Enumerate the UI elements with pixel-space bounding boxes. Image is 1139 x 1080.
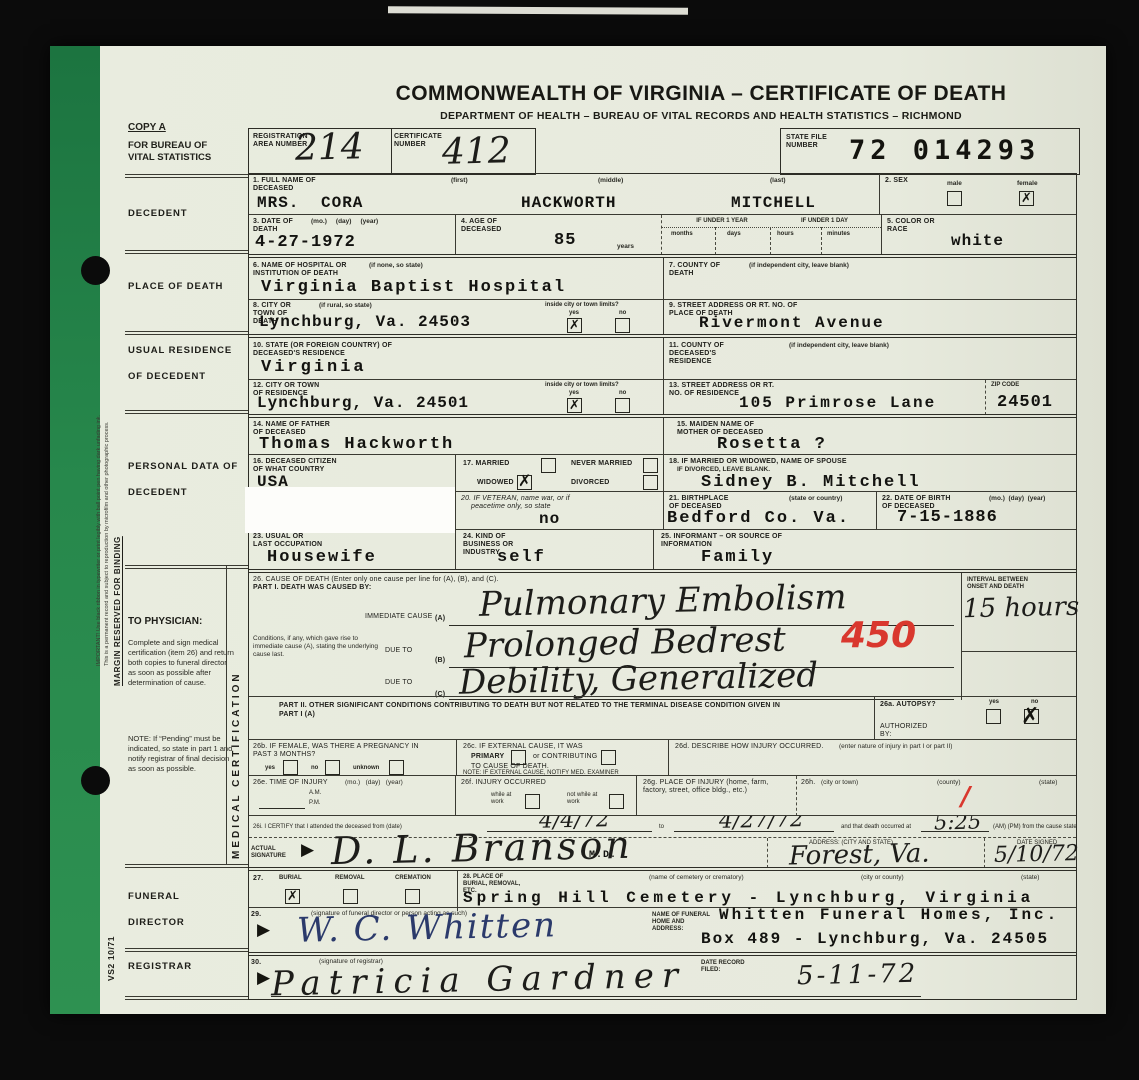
sidebar-to-physician-body: Complete and sign medical certification … [128,638,236,688]
sidebar-separator [125,174,248,178]
sidebar-separator [125,864,248,868]
divider [661,227,881,228]
female-checkbox-mark: ✗ [1020,192,1033,204]
date-filed-value: 5-11-72 [797,959,919,992]
limits-no-label: no [619,390,626,397]
certificate-number-value: 412 [442,130,512,172]
divider [663,258,664,303]
form-code: VS2 10/71 [106,906,116,981]
dob-sublabels: (mo.) (day) (year) [989,495,1045,502]
city-county-hint: (city or county) [861,874,904,881]
limits-yes-checkbox: ✗ [567,318,582,333]
divider [457,871,458,911]
middle-sublabel: (middle) [598,177,623,184]
divider [663,338,664,383]
physician-signature: D. L. Branson [331,823,634,873]
certificate-form: 1. FULL NAME OF DECEASED (first) (middle… [248,173,1077,1000]
state-hint: (state) [1021,874,1039,881]
married-label: 17. MARRIED [463,460,510,468]
signature-arrow-icon: ▶ [257,968,270,988]
row-funeral-director: 29. ▶ (signature of funeral director or … [249,907,1076,953]
funeral-home-name: Whitten Funeral Homes, Inc. [719,906,1059,924]
female-label: female [1017,180,1038,187]
dob-value: 7-15-1886 [897,508,998,527]
state-file-number-label: STATE FILE NUMBER [786,134,836,150]
divider [668,740,669,776]
due-to-b-label: DUE TO [385,647,412,655]
divider [653,530,654,570]
pregnancy-no-label: no [311,765,318,772]
certify-time-value: 5:25 [934,815,982,834]
row-pregnancy-external: 26b. IF FEMALE, WAS THERE A PREGNANCY IN… [249,739,1076,776]
age-value: 85 [554,231,576,250]
divider [455,530,456,570]
divider [770,227,771,255]
certificate-title: COMMONWEALTH OF VIRGINIA – CERTIFICATE O… [350,82,1052,106]
birthplace-hint: (state or country) [789,495,842,502]
row-registrar: 30. ▶ (signature of registrar) Patricia … [249,952,1076,1001]
divider [456,740,457,776]
full-name-label: 1. FULL NAME OF DECEASED [253,177,323,193]
row-hospital: 6. NAME OF HOSPITAL OR INSTITUTION OF DE… [249,254,1076,303]
divider [874,697,875,740]
county-residence-hint: (if independent city, leave blank) [789,342,889,349]
date-signed-value: 5/10/72 [994,841,1079,868]
certify-to-date: 4/27/72 [719,815,804,834]
certify-and-label: and that death occurred at [841,824,911,831]
father-value: Thomas Hackworth [259,435,454,454]
row-date-of-death: 3. DATE OF DEATH (mo.) (day) (year) 4-27… [249,214,1076,255]
date-of-death-value: 4-27-1972 [255,233,356,252]
red-slash-mark: ∕ [961,782,971,812]
funeral-home-address: Box 489 - Lynchburg, Va. 24505 [701,930,1049,948]
last-name-value: MITCHELL [731,194,816,212]
due-to-c-label: DUE TO [385,679,412,687]
primary-label: PRIMARY [471,753,504,761]
sidebar-place-of-death: PLACE OF DEATH [128,274,228,300]
divider [663,455,664,492]
part2-label: PART II. OTHER SIGNIFICANT CONDITIONS CO… [279,701,799,719]
state-residence-label: 10. STATE (OR FOREIGN COUNTRY) OF DECEAS… [253,342,403,358]
sidebar-separator [125,250,248,254]
signature-arrow-icon: ▶ [257,920,270,940]
removal-label: REMOVAL [335,875,365,882]
spouse-label2: IF DIVORCED, LEAVE BLANK. [677,466,770,473]
divider [821,227,822,255]
row-state-residence: 10. STATE (OR FOREIGN COUNTRY) OF DECEAS… [249,334,1076,383]
binding-strip [50,46,100,1014]
medical-certification-label: MEDICAL CERTIFICATION [231,571,242,859]
city-of-death-hint: (if rural, so state) [319,302,372,309]
county-of-death-hint: (if independent city, leave blank) [749,262,849,269]
limits-no-label: no [619,310,626,317]
first-sublabel: (first) [451,177,468,184]
informant-value: Family [701,548,774,567]
zip-value: 24501 [997,393,1053,412]
age-unit-label: years [617,243,634,250]
divorced-checkbox [643,475,658,490]
scanned-death-certificate: IMPORTANT! Use black ribbon in typewrite… [0,0,1139,1080]
hospital-label: 6. NAME OF HOSPITAL OR INSTITUTION OF DE… [253,262,363,278]
date-of-death-sublabels: (mo.) (day) (year) [311,218,378,225]
authorized-by-label: AUTHORIZED BY: [880,723,940,739]
while-at-work-checkbox [525,794,540,809]
medical-certification-strip: MEDICAL CERTIFICATION [226,565,249,864]
hospital-value: Virginia Baptist Hospital [261,278,566,297]
spouse-label: 18. IF MARRIED OR WIDOWED, NAME OF SPOUS… [669,458,889,466]
time-of-injury-label: 26e. TIME OF INJURY [253,779,328,787]
row-city-residence: 12. CITY OR TOWN OF RESIDENCE Lynchburg,… [249,379,1076,415]
physician-md-suffix: M.D. [589,850,617,861]
age-label: 4. AGE OF DECEASED [461,218,516,234]
row-parents: 14. NAME OF FATHER OF DECEASED Thomas Ha… [249,414,1076,458]
place-of-burial-value: Spring Hill Cemetery - Lynchburg, Virgin… [463,889,1034,907]
row-city-of-death: 8. CITY OR TOWN OF DEATH (if rural, so s… [249,299,1076,335]
county-residence-label: 11. COUNTY OF DECEASED'S RESIDENCE [669,342,759,366]
limits-yes-label: yes [569,390,579,397]
copy-label: COPY A [128,122,166,133]
veteran-label: 20. IF VETERAN, name war, or if [461,495,621,503]
punch-hole-bottom [81,766,110,795]
divider [455,215,456,255]
spouse-value: Sidney B. Mitchell [701,473,921,492]
divider [455,492,456,530]
limits-yes-mark: ✗ [568,319,581,331]
registration-area-value: 214 [295,126,365,168]
sidebar-usual-residence: USUAL RESIDENCE OF DECEDENT [128,338,240,390]
under-1-day-label: IF UNDER 1 DAY [777,218,872,225]
divider [879,174,880,214]
divider [663,418,664,458]
certificate-number-box: CERTIFICATE NUMBER 412 [390,128,536,175]
widowed-label: WIDOWED [477,479,514,487]
informant-label: 25. INFORMANT – OR SOURCE OF INFORMATION [661,533,821,549]
part2-other-conditions: PART II. OTHER SIGNIFICANT CONDITIONS CO… [249,696,1076,740]
burial-checkbox: ✗ [285,889,300,904]
row-birth: 20. IF VETERAN, name war, or if peacetim… [249,491,1076,530]
male-checkbox [947,191,962,206]
never-married-label: NEVER MARRIED [571,460,632,468]
time-of-injury-sublabels: (mo.) (day) (year) [345,779,403,786]
place-of-injury-label: 26g. PLACE OF INJURY (home, farm, factor… [643,779,783,795]
veteran-value: no [539,510,560,528]
signature-arrow-icon: ▶ [301,840,314,860]
actual-signature-label: ACTUAL SIGNATURE [251,846,291,860]
pregnancy-no-checkbox [325,760,340,775]
hospital-hint: (if none, so state) [369,262,423,269]
how-injury-hint: (enter nature of injury in part I or par… [839,743,952,750]
female-checkbox: ✗ [1019,191,1034,206]
divider [715,227,716,255]
cremation-checkbox [405,889,420,904]
limits-no-checkbox [615,398,630,413]
male-label: male [947,180,962,187]
while-at-work-label: while at work [491,792,521,806]
not-while-at-work-label: not while at work [567,792,603,806]
part1-label: PART I. DEATH WAS CAUSED BY: [253,584,371,592]
divider [961,651,1076,652]
divider [663,492,664,530]
limits-yes-mark: ✗ [568,399,581,411]
divider [984,838,985,868]
copy-for-label: FOR BUREAU OF VITAL STATISTICS [128,140,233,164]
occupation-value: Housewife [267,548,377,567]
sex-label: 2. SEX [885,177,908,185]
pregnancy-unknown-checkbox [389,760,404,775]
days-label: days [727,231,741,238]
last-sublabel: (last) [770,177,786,184]
interval-value: 15 hours [963,592,1080,624]
contributing-label: or CONTRIBUTING [533,753,597,761]
sidebar-funeral-director: FUNERAL DIRECTOR [128,884,228,936]
margin-important-note-line1: IMPORTANT! Use black ribbon in typewrite… [96,246,103,666]
sidebar-decedent: DECEDENT [128,201,187,227]
registrar-signature-stroke [271,996,921,997]
state-file-number-value: 72 014293 [849,135,1040,166]
pm-label: P.M. [309,800,321,807]
certificate-paper: IMPORTANT! Use black ribbon in typewrite… [50,46,1106,1014]
registrar-signature: Patricia Gardner [271,956,687,1005]
sidebar-registrar: REGISTRAR [128,954,192,980]
hours-label: hours [777,231,794,238]
registration-area-box: REGISTRATION AREA NUMBER 214 [248,128,392,175]
never-married-checkbox [643,458,658,473]
sidebar-note: NOTE: If “Pending” must be indicated, so… [128,734,236,774]
conditions-note: Conditions, if any, which gave rise to i… [253,635,381,659]
widowed-checkbox: ✗ [517,475,532,490]
contributing-checkbox [601,750,616,765]
date-of-death-label: 3. DATE OF DEATH [253,218,308,234]
autopsy-yes-label: yes [989,699,999,706]
injury-county-hint: (county) [937,779,960,786]
funeral-director-number: 29. [251,911,261,919]
autopsy-label: 26a. AUTOPSY? [880,701,936,709]
divider [636,776,637,816]
color-or-race-value: white [951,232,1004,250]
street-of-death-value: Rivermont Avenue [699,314,885,332]
widowed-mark: ✗ [518,476,531,487]
state-residence-value: Virginia [261,358,367,377]
birthplace-value: Bedford Co. Va. [667,509,850,528]
injury-occurred-label: 26f. INJURY OCCURRED [461,779,546,787]
pregnancy-yes-label: yes [265,765,275,772]
not-while-at-work-checkbox [609,794,624,809]
business-value: self [497,548,546,567]
cemetery-hint: (name of cemetery or crematory) [649,874,744,881]
pregnancy-unknown-label: unknown [353,765,379,772]
divider [767,838,768,868]
sidebar-to-physician-title: TO PHYSICIAN: [128,616,240,627]
state-file-number-box: STATE FILE NUMBER 72 014293 [780,128,1080,175]
divider [881,215,882,255]
redaction-whiteout [245,487,455,533]
scan-edge-sliver [388,6,688,15]
line-a-label: (A) [435,615,445,623]
am-label: A.M. [309,790,321,797]
months-label: months [671,231,693,238]
registrar-number: 30. [251,959,261,967]
first-name-value: CORA [321,194,363,212]
row-physician-signature: ACTUAL SIGNATURE ▶ D. L. Branson M.D. AD… [249,837,1076,868]
occupation-label: 23. USUAL OR LAST OCCUPATION [253,533,323,549]
burial-label: BURIAL [279,875,302,882]
row-burial: 27. BURIAL ✗ REMOVAL CREMATION 28. PLACE… [249,867,1076,911]
divider [661,215,662,255]
divider [455,455,456,492]
limits-yes-checkbox: ✗ [567,398,582,413]
limits-yes-label: yes [569,310,579,317]
time-line [259,808,305,809]
certificate-subtitle: DEPARTMENT OF HEALTH – BUREAU OF VITAL R… [350,110,1052,122]
date-filed-label: DATE RECORD FILED: [701,960,761,974]
sidebar-separator [125,996,248,1000]
certify-to-word: to [659,824,664,831]
cremation-label: CREMATION [395,875,431,882]
divider [876,492,877,530]
divider [663,380,664,415]
limits-no-checkbox [615,318,630,333]
name-title-value: MRS. [257,194,299,212]
row-injury-details: 26e. TIME OF INJURY (mo.) (day) (year) A… [249,775,1076,816]
county-of-death-label: 7. COUNTY OF DEATH [669,262,729,278]
how-injury-label: 26d. DESCRIBE HOW INJURY OCCURRED. [675,743,824,751]
divider [796,776,797,816]
interval-label: INTERVAL BETWEEN ONSET AND DEATH [967,577,1047,591]
injury-state-hint: (state) [1039,779,1057,786]
autopsy-no-mark: ✗ [1021,710,1038,721]
removal-checkbox [343,889,358,904]
divorced-label: DIVORCED [571,479,610,487]
divider [455,776,456,816]
burial-mark: ✗ [286,890,299,902]
external-cause-label: 26c. IF EXTERNAL CAUSE, IT WAS [463,743,623,751]
middle-name-value: HACKWORTH [521,194,616,212]
under-1-year-label: IF UNDER 1 YEAR [677,218,767,225]
red-code-stamp: 450 [841,615,916,656]
certify-tail-label: (AM) (PM) from the cause stated abov [993,824,1076,831]
row-occupation: 23. USUAL OR LAST OCCUPATION Housewife 2… [249,529,1076,570]
city-of-death-value: Lynchburg, Va. 24503 [259,313,471,331]
sidebar-separator [125,948,248,952]
divider [663,300,664,335]
line-b-label: (B) [435,657,445,665]
margin-important-note-line2: This is a permanent record and subject t… [104,246,111,666]
injury-city-hint: (city or town) [821,779,858,786]
row-full-name: 1. FULL NAME OF DECEASED (first) (middle… [249,174,1076,214]
limits-label: inside city or town limits? [545,382,619,389]
citizen-label: 16. DECEASED CITIZEN OF WHAT COUNTRY [253,458,343,474]
sidebar-personal-data: PERSONAL DATA OF DECEDENT [128,454,240,506]
sidebar-separator [125,410,248,414]
divider [985,380,986,415]
minutes-label: minutes [827,231,850,238]
street-residence-value: 105 Primrose Lane [739,394,936,412]
color-or-race-label: 5. COLOR OR RACE [887,218,937,234]
limits-label: inside city or town limits? [545,302,619,309]
pregnancy-yes-checkbox [283,760,298,775]
funeral-director-signature: W. C. Whitten [297,905,558,950]
married-checkbox [541,458,556,473]
autopsy-yes-checkbox [986,709,1001,724]
injury-locality-number: 26h. [801,779,815,787]
margin-binding-label: MARGIN RESERVED FOR BINDING [113,406,122,686]
mother-value: Rosetta ? [717,435,827,454]
sidebar-separator [125,331,248,335]
divider [961,573,962,700]
part1-cause-of-death: 26. CAUSE OF DEATH (Enter only one cause… [249,569,1076,700]
city-residence-value: Lynchburg, Va. 24501 [257,394,469,412]
zip-label: ZIP CODE [991,382,1019,389]
cause-a-value: Pulmonary Embolism [479,577,847,625]
autopsy-no-checkbox: ✗ [1024,709,1039,724]
immediate-cause-label: IMMEDIATE CAUSE [365,613,432,621]
disposition-number: 27. [253,875,263,883]
pregnancy-label: 26b. IF FEMALE, WAS THERE A PREGNANCY IN… [253,743,423,759]
